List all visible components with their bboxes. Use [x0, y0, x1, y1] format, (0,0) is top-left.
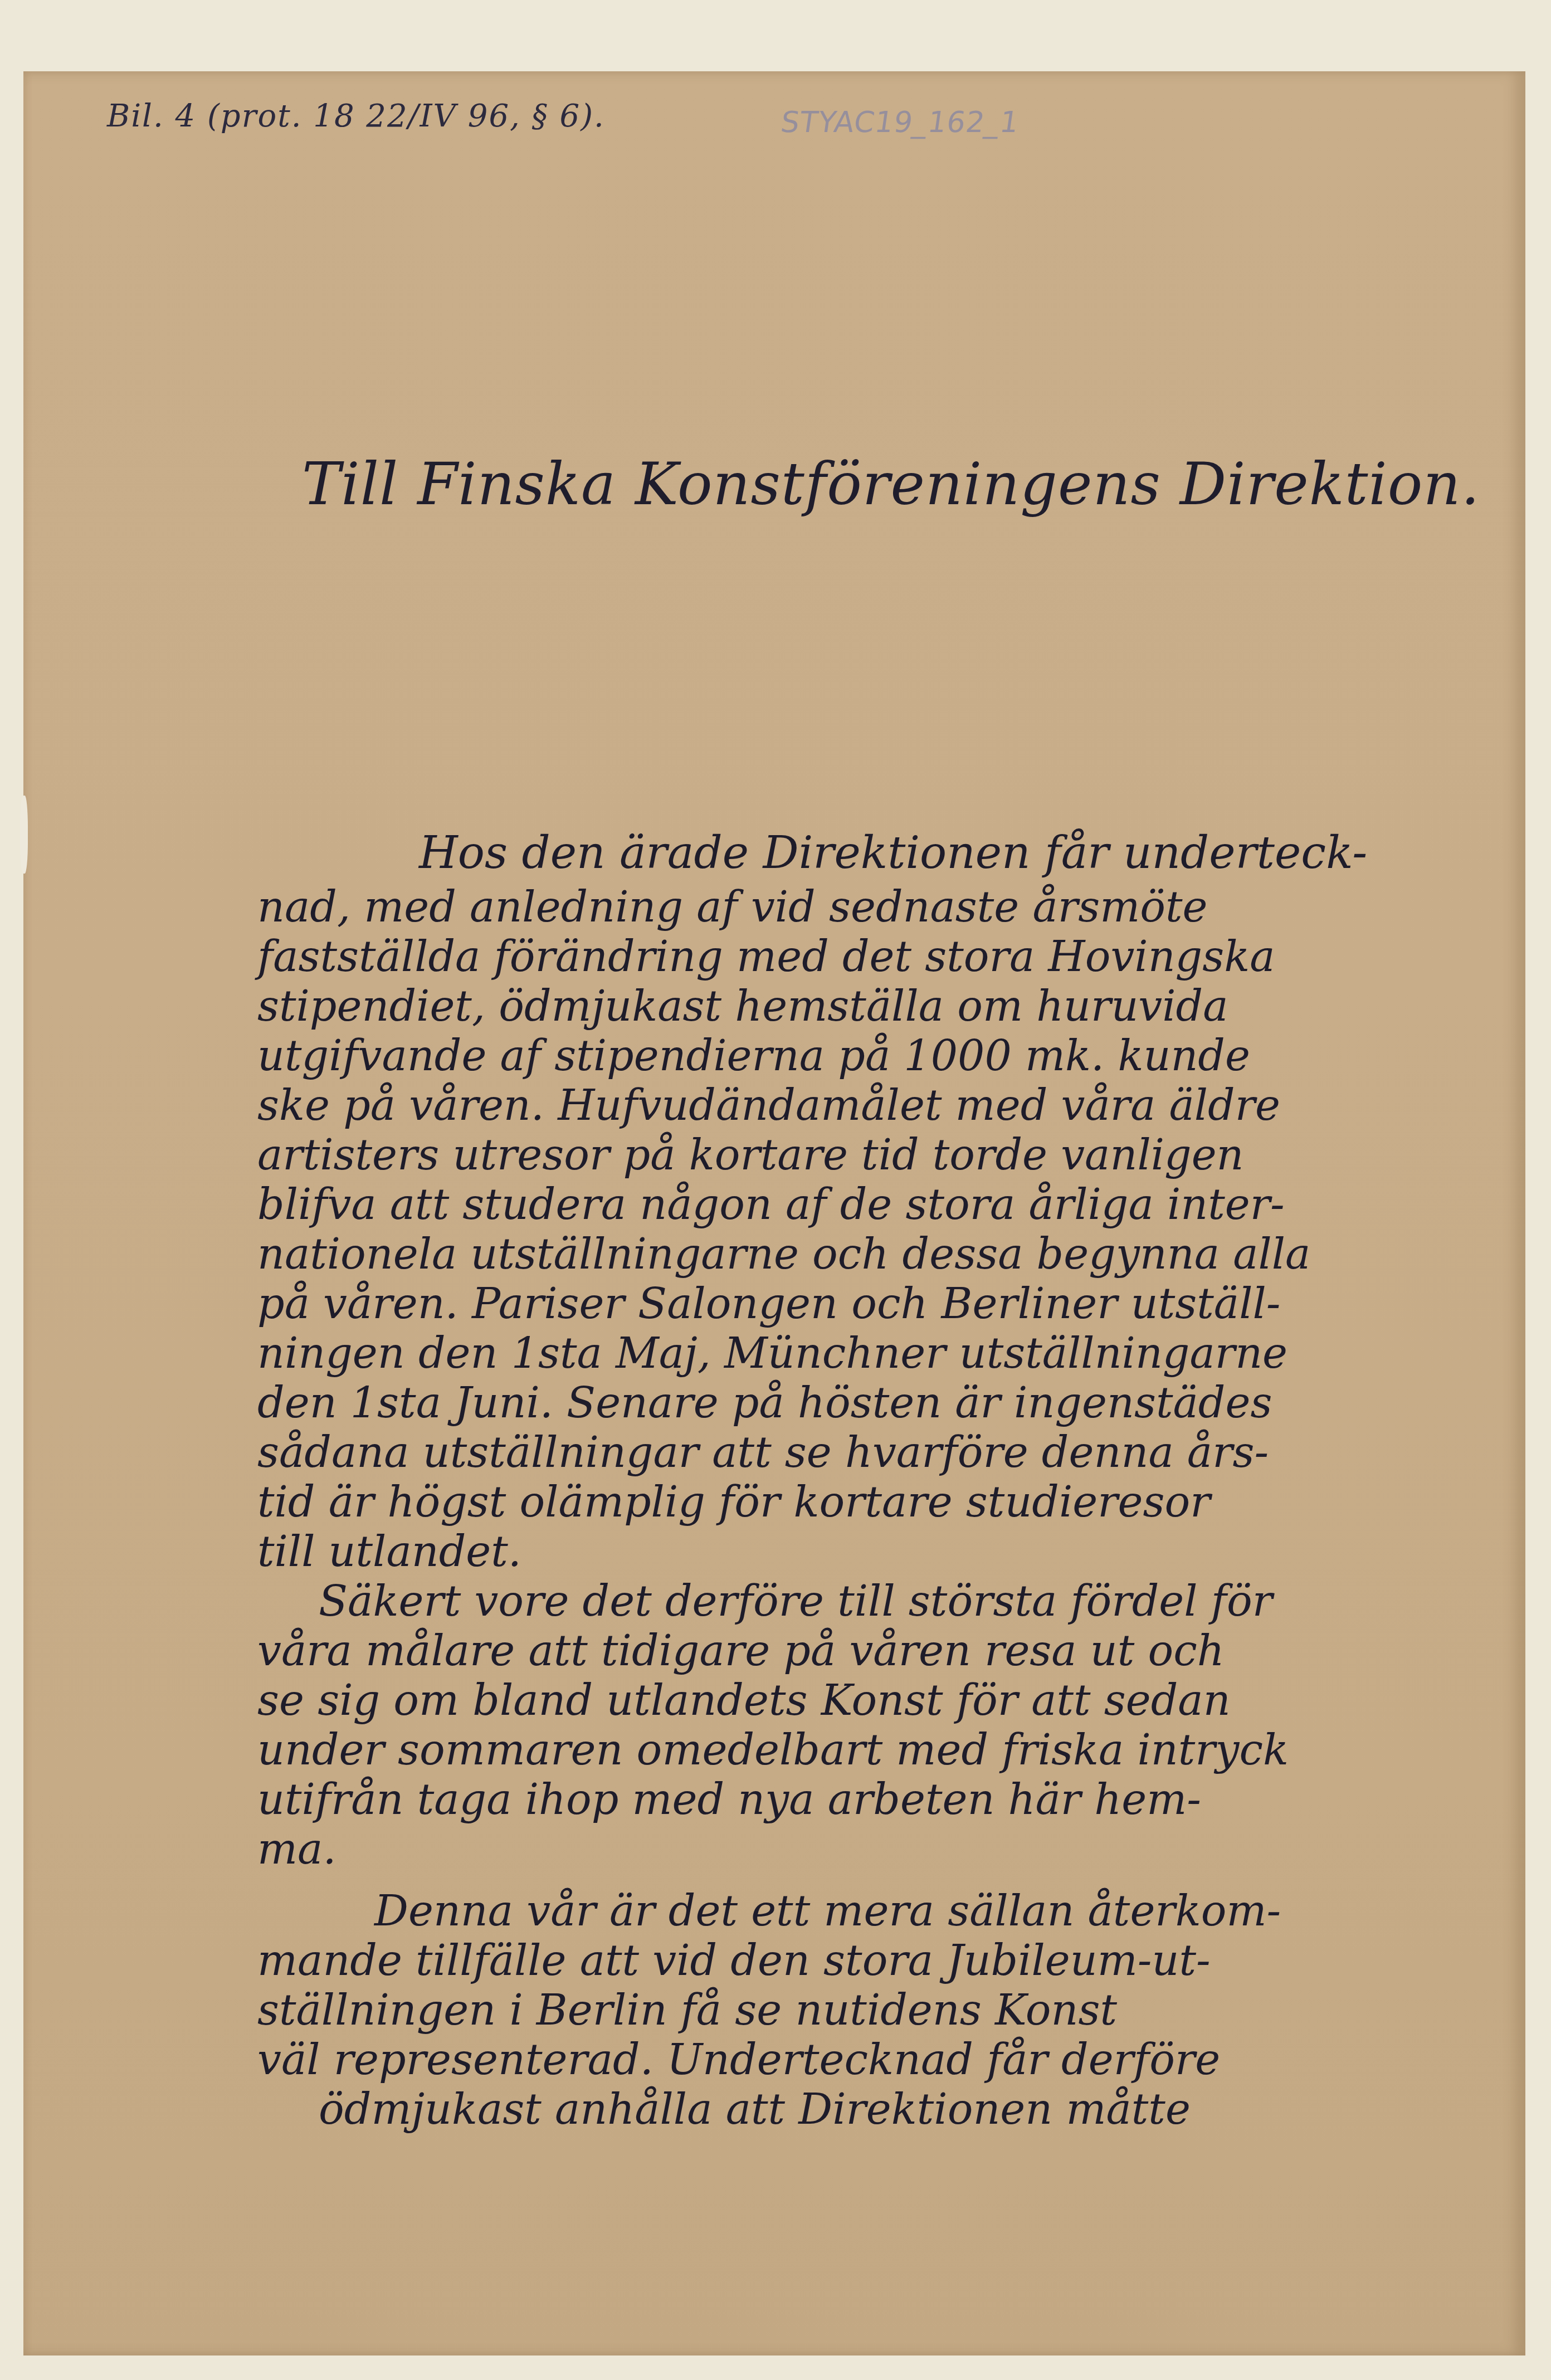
letter-line: Denna vår är det ett mera sällan återkom… [257, 1886, 1500, 1935]
letter-salutation-title: Till Finska Konstföreningens Direktion. [302, 450, 1472, 518]
letter-line: nad, med anledning af vid sednaste årsmö… [257, 882, 1500, 931]
letter-line: nationela utställningarne och dessa begy… [257, 1229, 1500, 1279]
letter-line: den 1sta Juni. Senare på hösten är ingen… [257, 1378, 1500, 1427]
letter-line: våra målare att tidigare på våren resa u… [257, 1626, 1500, 1675]
letter-line: sådana utställningar att se hvarföre den… [257, 1427, 1500, 1477]
letter-line: utifrån taga ihop med nya arbeten här he… [257, 1774, 1500, 1824]
letter-line: på våren. Pariser Salongen och Berliner … [257, 1279, 1500, 1328]
letter-line: tid är högst olämplig för kortare studie… [257, 1477, 1500, 1526]
catalog-id-stamp: STYAC19_162_1 [779, 106, 1021, 139]
letter-line: väl representerad. Undertecknad får derf… [257, 2035, 1500, 2084]
letter-line: ödmjukast anhålla att Direktionen måtte [257, 2084, 1500, 2134]
letter-page: Bil. 4 (prot. 18 22/IV 96, § 6). STYAC19… [23, 71, 1525, 2355]
letter-line: artisters utresor på kortare tid torde v… [257, 1130, 1500, 1179]
letter-line: mande tillfälle att vid den stora Jubile… [257, 1935, 1500, 1985]
letter-line: ske på våren. Hufvudändamålet med våra ä… [257, 1080, 1500, 1130]
letter-line: under sommaren omedelbart med friska int… [257, 1725, 1500, 1774]
letter-line: ningen den 1sta Maj, Münchner utställnin… [257, 1328, 1500, 1378]
letter-line: blifva att studera någon af de stora årl… [257, 1179, 1500, 1229]
letter-line: stipendiet, ödmjukast hemställa om huruv… [257, 981, 1500, 1031]
letter-line: Säkert vore det derföre till största för… [257, 1576, 1500, 1626]
letter-line: ma. [257, 1824, 1500, 1874]
letter-line: Hos den ärade Direktionen får underteck- [257, 823, 1500, 882]
letter-line: se sig om bland utlandets Konst för att … [257, 1675, 1500, 1725]
letter-line: fastställda förändring med det stora Hov… [257, 931, 1500, 981]
letter-line: ställningen i Berlin få se nutidens Kons… [257, 1985, 1500, 2035]
letter-line: till utlandet. [257, 1526, 1500, 1576]
archive-reference-note: Bil. 4 (prot. 18 22/IV 96, § 6). [107, 98, 605, 134]
letter-line: utgifvande af stipendierna på 1000 mk. k… [257, 1031, 1500, 1080]
letter-body: Hos den ärade Direktionen får underteck-… [257, 823, 1500, 2134]
